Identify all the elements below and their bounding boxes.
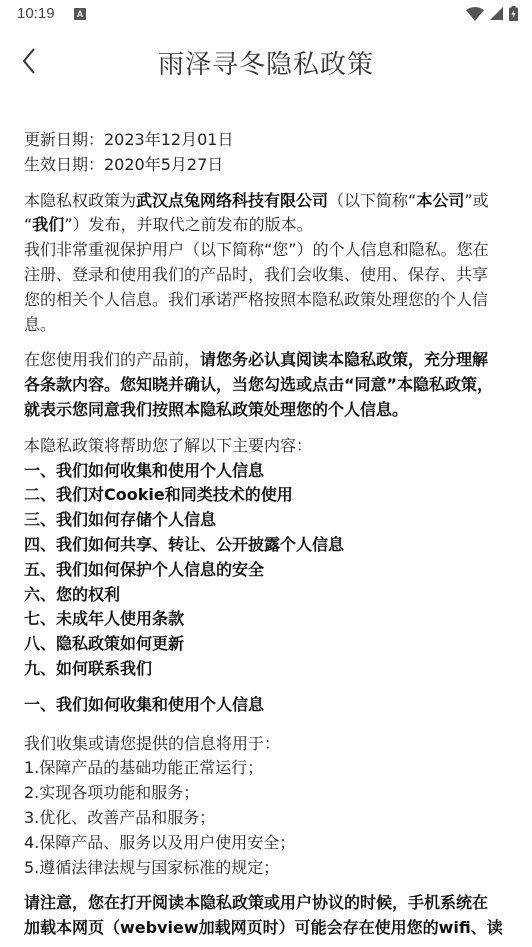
battery-charging-icon [509, 6, 518, 21]
intro-text: ”）发布，并取代之前发布的版本。 [64, 215, 312, 234]
purpose-item: 3.优化、改善产品和服务； [24, 806, 510, 831]
intro-text: （以下简称“ [328, 191, 416, 210]
purpose-item: 4.保障产品、服务以及用户使用安全； [24, 831, 510, 856]
intro-text: ”或 [464, 191, 488, 210]
toc-item: 一、我们如何收集和使用个人信息 [24, 459, 510, 484]
page-title: 雨泽寻冬隐私政策 [0, 44, 532, 81]
table-of-contents: 一、我们如何收集和使用个人信息 二、我们对Cookie和同类技术的使用 三、我们… [24, 459, 510, 682]
section-heading: 一、我们如何收集和使用个人信息 [24, 693, 510, 718]
purpose-item: 1.保障产品的基础功能正常运行； [24, 756, 510, 781]
wifi-icon [466, 7, 484, 21]
toc-item: 四、我们如何共享、转让、公开披露个人信息 [24, 533, 510, 558]
intro-text: 息。 [24, 313, 510, 338]
toc-item: 五、我们如何保护个人信息的安全 [24, 558, 510, 583]
toc-intro: 本隐私政策将帮助您了解以下主要内容： [24, 434, 510, 459]
we-term: 我们 [32, 215, 64, 234]
status-bar: 10:19 A [0, 0, 532, 30]
policy-document: 更新日期：2023年12月01日 生效日期：2020年5月27日 本隐私权政策为… [24, 128, 510, 941]
purpose-list: 1.保障产品的基础功能正常运行； 2.实现各项功能和服务； 3.优化、改善产品和… [24, 756, 510, 880]
toc-item: 六、您的权利 [24, 583, 510, 608]
company-name: 武汉点兔网络科技有限公司 [136, 191, 328, 210]
status-time: 10:19 [17, 5, 55, 22]
toc-item: 九、如何联系我们 [24, 657, 510, 682]
notice-text: 在您使用我们的产品前， [24, 350, 200, 369]
update-date: 更新日期：2023年12月01日 [24, 128, 510, 153]
purpose-intro: 我们收集或请您提供的信息将用于： [24, 732, 510, 757]
company-short: 本公司 [416, 191, 464, 210]
intro-text: 我们非常重视保护用户（以下简称“您”）的个人信息和隐私。您在 [24, 238, 510, 263]
notification-icon: A [74, 8, 86, 20]
intro-text: 注册、登录和使用我们的产品时，我们会收集、使用、保存、共享 [24, 263, 510, 288]
warning-text: 加载本网页（webview加载网页时）可能会存在使用您的wifi、读 [24, 916, 510, 941]
effective-date: 生效日期：2020年5月27日 [24, 153, 510, 178]
notice-bold: 就表示您同意我们按照本隐私政策处理您的个人信息。 [24, 398, 510, 423]
signal-icon [490, 7, 503, 20]
app-bar: 雨泽寻冬隐私政策 [0, 30, 532, 92]
notice-bold: 各条款内容。您知晓并确认，当您勾选或点击“同意”本隐私政策， [24, 373, 510, 398]
toc-item: 七、未成年人使用条款 [24, 607, 510, 632]
toc-item: 八、隐私政策如何更新 [24, 632, 510, 657]
intro-text: 本隐私权政策为 [24, 191, 136, 210]
warning-text: 请注意，您在打开阅读本隐私政策或用户协议的时候，手机系统在 [24, 891, 510, 916]
intro-text: 您的相关个人信息。我们承诺严格按照本隐私政策处理您的个人信 [24, 288, 510, 313]
purpose-item: 5.遵循法律法规与国家标准的规定； [24, 856, 510, 881]
toc-item: 二、我们对Cookie和同类技术的使用 [24, 483, 510, 508]
purpose-item: 2.实现各项功能和服务； [24, 781, 510, 806]
notice-paragraph: 在您使用我们的产品前，请您务必认真阅读本隐私政策，充分理解 各条款内容。您知晓并… [24, 348, 510, 422]
notice-bold: 请您务必认真阅读本隐私政策，充分理解 [200, 350, 488, 369]
toc-item: 三、我们如何存储个人信息 [24, 508, 510, 533]
intro-paragraph: 本隐私权政策为武汉点兔网络科技有限公司（以下简称“本公司”或 “我们”）发布，并… [24, 189, 510, 338]
status-icons [466, 6, 518, 21]
